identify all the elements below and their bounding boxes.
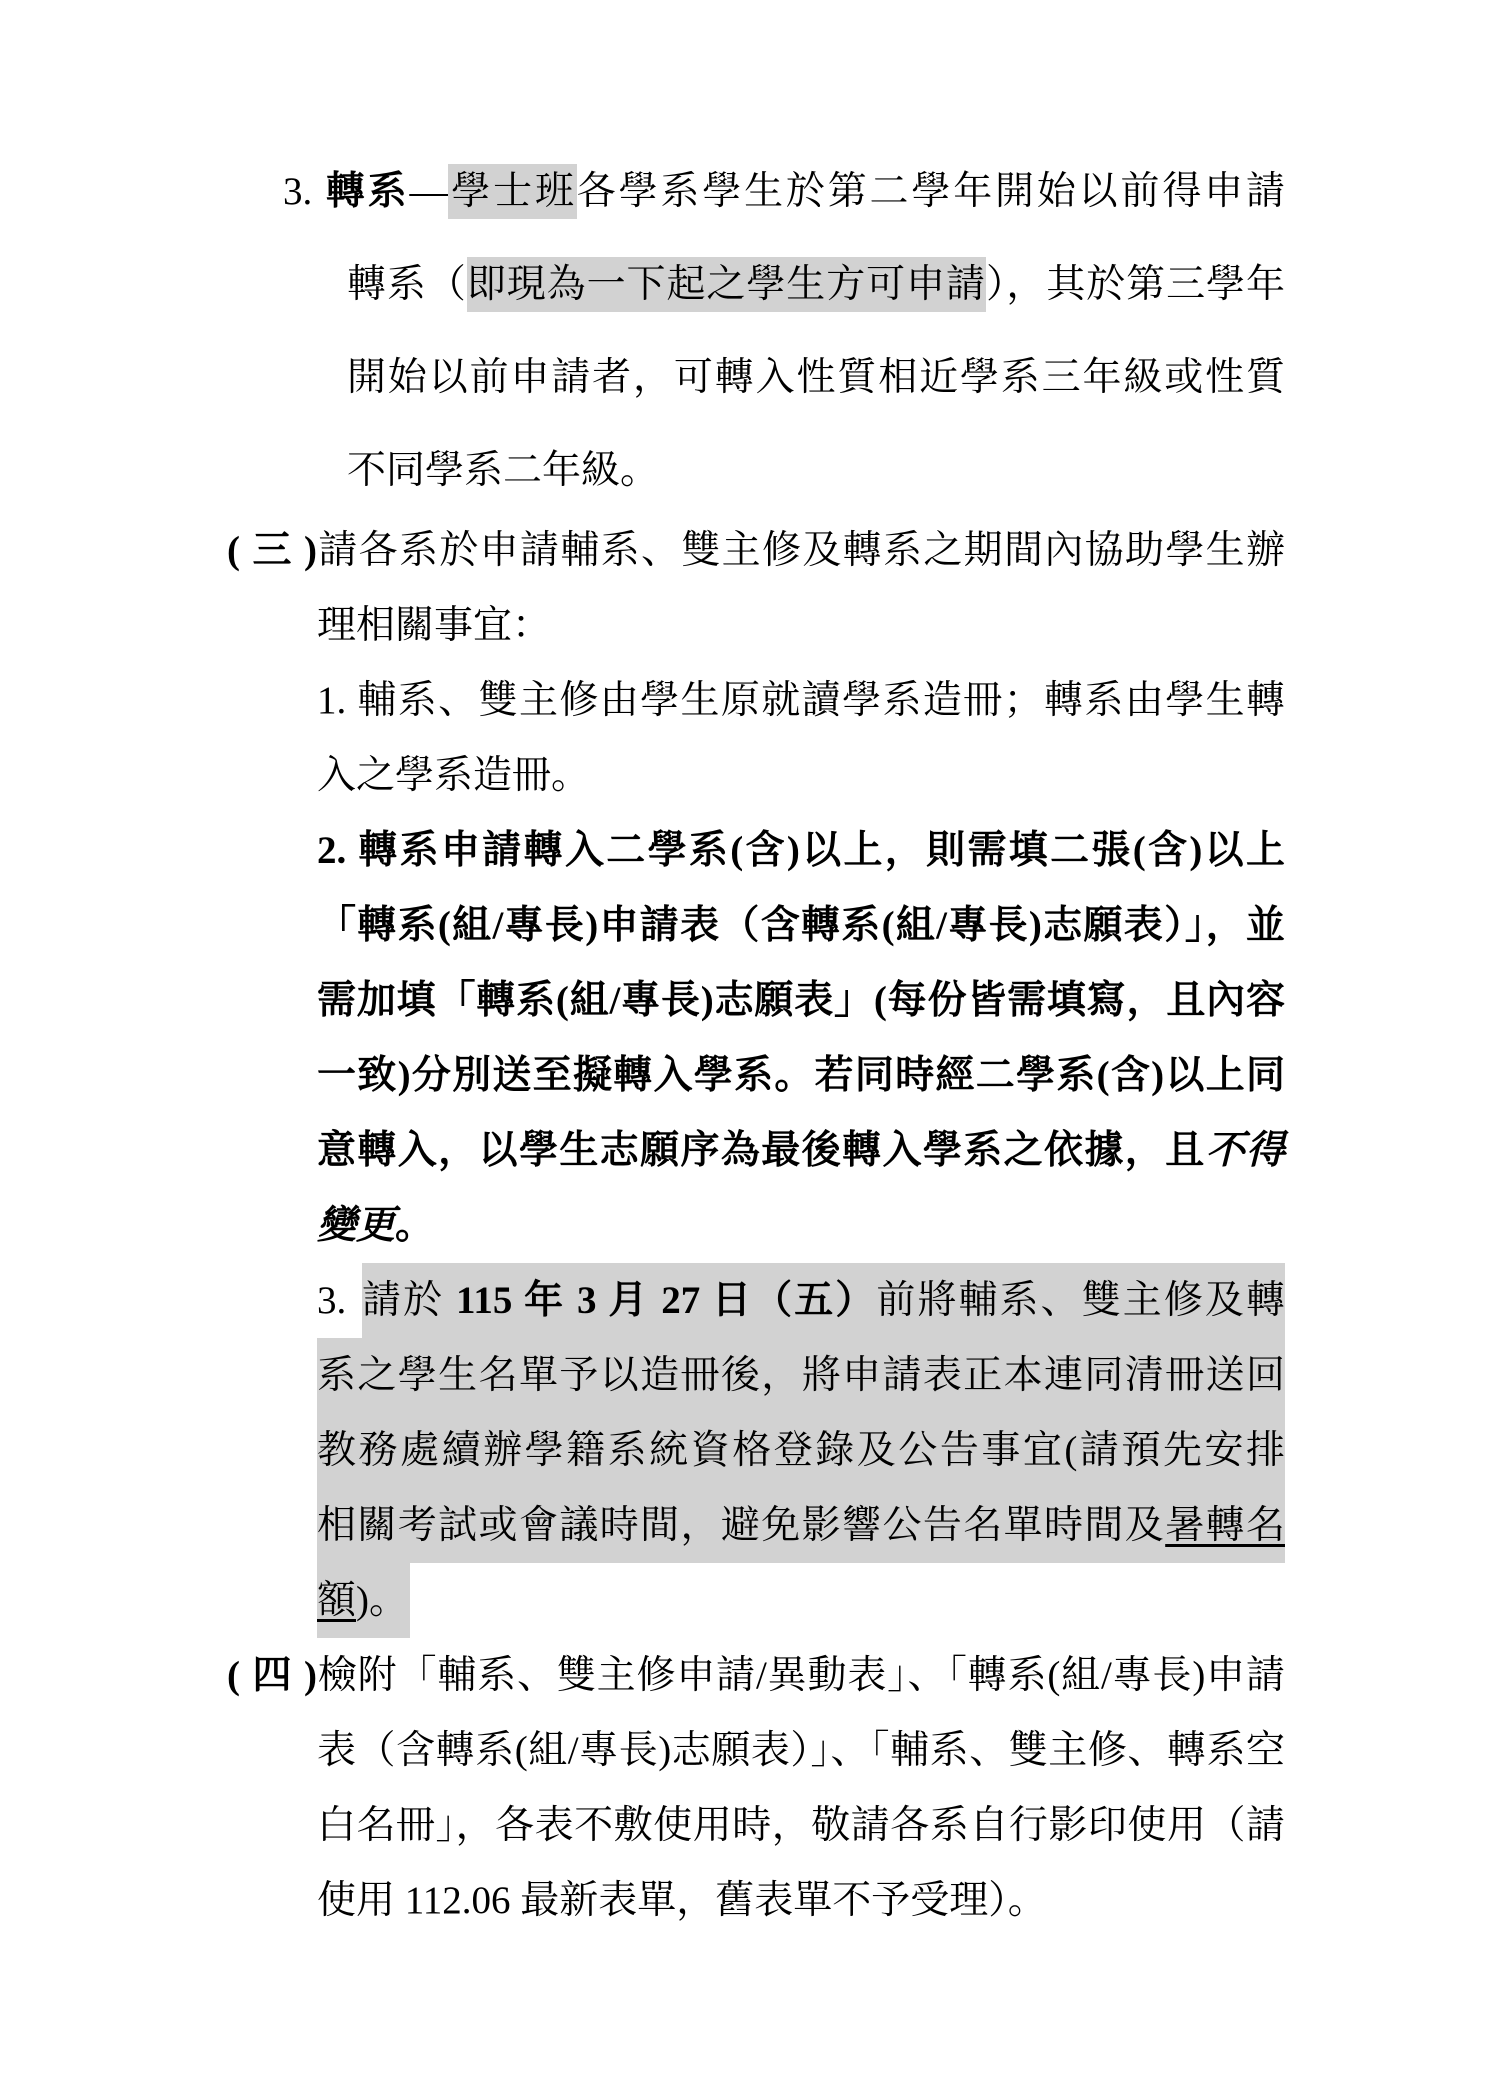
line-text: 各學系學生於第二學年開始以前得申請 <box>577 170 1285 213</box>
emphasis-no-change: 變更 <box>317 1204 395 1247</box>
highlight-deadline-line: 請於 115 年 3 月 27 日（五）前將輔系、雙主修及轉 <box>362 1263 1285 1338</box>
sub3-line-5: 額)。 <box>317 1563 1485 1638</box>
section4-label: (四) <box>227 1638 317 1713</box>
sub3-line-4: 相關考試或會議時間，避免影響公告名單時間及暑轉名 <box>317 1488 1285 1563</box>
sections-block: (三)請各系於申請輔系、雙主修及轉系之期間內協助學生辦 理相關事宜： 1. 輔系… <box>0 513 1485 1938</box>
section4-line-4: 使用 112.06 最新表單，舊表單不予受理）。 <box>317 1863 1485 1938</box>
line-text: 請於 <box>362 1279 456 1322</box>
section3-label: (三) <box>227 513 317 588</box>
item-transfer-block: 3.轉系—學士班各學系學生於第二學年開始以前得申請 轉系（即現為一下起之學生方可… <box>0 145 1485 517</box>
line-text: 轉系（ <box>347 263 467 306</box>
highlight-line-end: 額)。 <box>317 1563 410 1638</box>
dash: — <box>409 170 448 213</box>
line-text: 理相關事宜： <box>317 604 551 647</box>
line-text: 一致)分別送至擬轉入學系。若同時經二學系(含)以上同 <box>317 1054 1285 1097</box>
underline-summer-transfer: 暑轉名 <box>1165 1504 1285 1547</box>
sub3-line-2: 系之學生名單予以造冊後，將申請表正本連同清冊送回 <box>317 1338 1285 1413</box>
emphasis-no-change: 不得 <box>1206 1129 1285 1172</box>
item-number: 3. <box>283 145 323 238</box>
section4-line-1: (四)檢附「輔系、雙主修申請/異動表」、「轉系(組/專長)申請 <box>227 1638 1285 1713</box>
transfer-line-1: 3.轉系—學士班各學系學生於第二學年開始以前得申請 <box>283 145 1285 238</box>
line-text: 入之學系造冊。 <box>317 754 590 797</box>
line-text: 白名冊」，各表不敷使用時，敬請各系自行影印使用（請 <box>317 1804 1285 1847</box>
highlight-bachelor-program: 學士班 <box>448 164 576 219</box>
line-text: ），其於第三學年 <box>986 263 1285 306</box>
transfer-line-4: 不同學系二年級。 <box>347 424 1485 517</box>
section3-line-2: 理相關事宜： <box>317 588 1485 663</box>
line-text: 教務處續辦學籍系統資格登錄及公告事宜(請預先安排 <box>317 1429 1285 1472</box>
line-text: )。 <box>356 1579 408 1622</box>
sub2-line-1: 2. 轉系申請轉入二學系(含)以上，則需填二張(含)以上 <box>317 813 1285 888</box>
section3-line-1: (三)請各系於申請輔系、雙主修及轉系之期間內協助學生辦 <box>227 513 1285 588</box>
item-number: 1. <box>317 679 346 722</box>
item-number: 3. <box>317 1263 362 1338</box>
sub1-line-1: 1. 輔系、雙主修由學生原就讀學系造冊；轉系由學生轉 <box>317 663 1285 738</box>
sub2-line-6: 變更。 <box>317 1188 1485 1263</box>
line-text: 使用 112.06 最新表單，舊表單不予受理）。 <box>317 1879 1047 1922</box>
line-text: 「轉系(組/專長)申請表（含轉系(組/專長)志願表）」，並 <box>317 904 1285 947</box>
sub2-line-5: 意轉入，以學生志願序為最後轉入學系之依據，且不得 <box>317 1113 1285 1188</box>
sub1-line-2: 入之學系造冊。 <box>317 738 1485 813</box>
sub2-line-2: 「轉系(組/專長)申請表（含轉系(組/專長)志願表）」，並 <box>317 888 1285 963</box>
line-text: 開始以前申請者，可轉入性質相近學系三年級或性質 <box>347 356 1285 399</box>
line-text: 轉系申請轉入二學系(含)以上，則需填二張(含)以上 <box>358 829 1285 872</box>
line-text: 輔系、雙主修由學生原就讀學系造冊；轉系由學生轉 <box>357 679 1285 722</box>
line-text: 前將輔系、雙主修及轉 <box>876 1279 1285 1322</box>
line-text: 相關考試或會議時間，避免影響公告名單時間及 <box>317 1504 1165 1547</box>
sub2-line-4: 一致)分別送至擬轉入學系。若同時經二學系(含)以上同 <box>317 1038 1285 1113</box>
deadline-date: 115 年 3 月 27 日（五） <box>456 1279 876 1322</box>
section4-line-2: 表（含轉系(組/專長)志願表）」、「輔系、雙主修、轉系空 <box>317 1713 1285 1788</box>
line-text: 系之學生名單予以造冊後，將申請表正本連同清冊送回 <box>317 1354 1285 1397</box>
sub3-line-3: 教務處續辦學籍系統資格登錄及公告事宜(請預先安排 <box>317 1413 1285 1488</box>
document-page: 3.轉系—學士班各學系學生於第二學年開始以前得申請 轉系（即現為一下起之學生方可… <box>0 0 1485 2100</box>
item-number: 2. <box>317 829 346 872</box>
sub2-line-3: 需加填「轉系(組/專長)志願表」(每份皆需填寫，且內容 <box>317 963 1285 1038</box>
transfer-line-2: 轉系（即現為一下起之學生方可申請），其於第三學年 <box>347 238 1285 331</box>
transfer-line-3: 開始以前申請者，可轉入性質相近學系三年級或性質 <box>347 331 1285 424</box>
line-text: 表（含轉系(組/專長)志願表）」、「輔系、雙主修、轉系空 <box>317 1729 1285 1772</box>
highlight-eligible-students: 即現為一下起之學生方可申請 <box>467 257 986 312</box>
line-text: 請各系於申請輔系、雙主修及轉系之期間內協助學生辦 <box>317 529 1285 572</box>
section4-line-3: 白名冊」，各表不敷使用時，敬請各系自行影印使用（請 <box>317 1788 1285 1863</box>
term-transfer: 轉系 <box>323 170 409 213</box>
line-text: 不同學系二年級。 <box>347 449 659 492</box>
underline-quota: 額 <box>317 1579 356 1622</box>
line-text: 意轉入，以學生志願序為最後轉入學系之依據，且 <box>317 1129 1206 1172</box>
sub3-line-1: 3.請於 115 年 3 月 27 日（五）前將輔系、雙主修及轉 <box>317 1263 1485 1338</box>
line-text: 需加填「轉系(組/專長)志願表」(每份皆需填寫，且內容 <box>317 979 1285 1022</box>
line-text: 檢附「輔系、雙主修申請/異動表」、「轉系(組/專長)申請 <box>317 1654 1285 1697</box>
line-text: 。 <box>395 1204 434 1247</box>
